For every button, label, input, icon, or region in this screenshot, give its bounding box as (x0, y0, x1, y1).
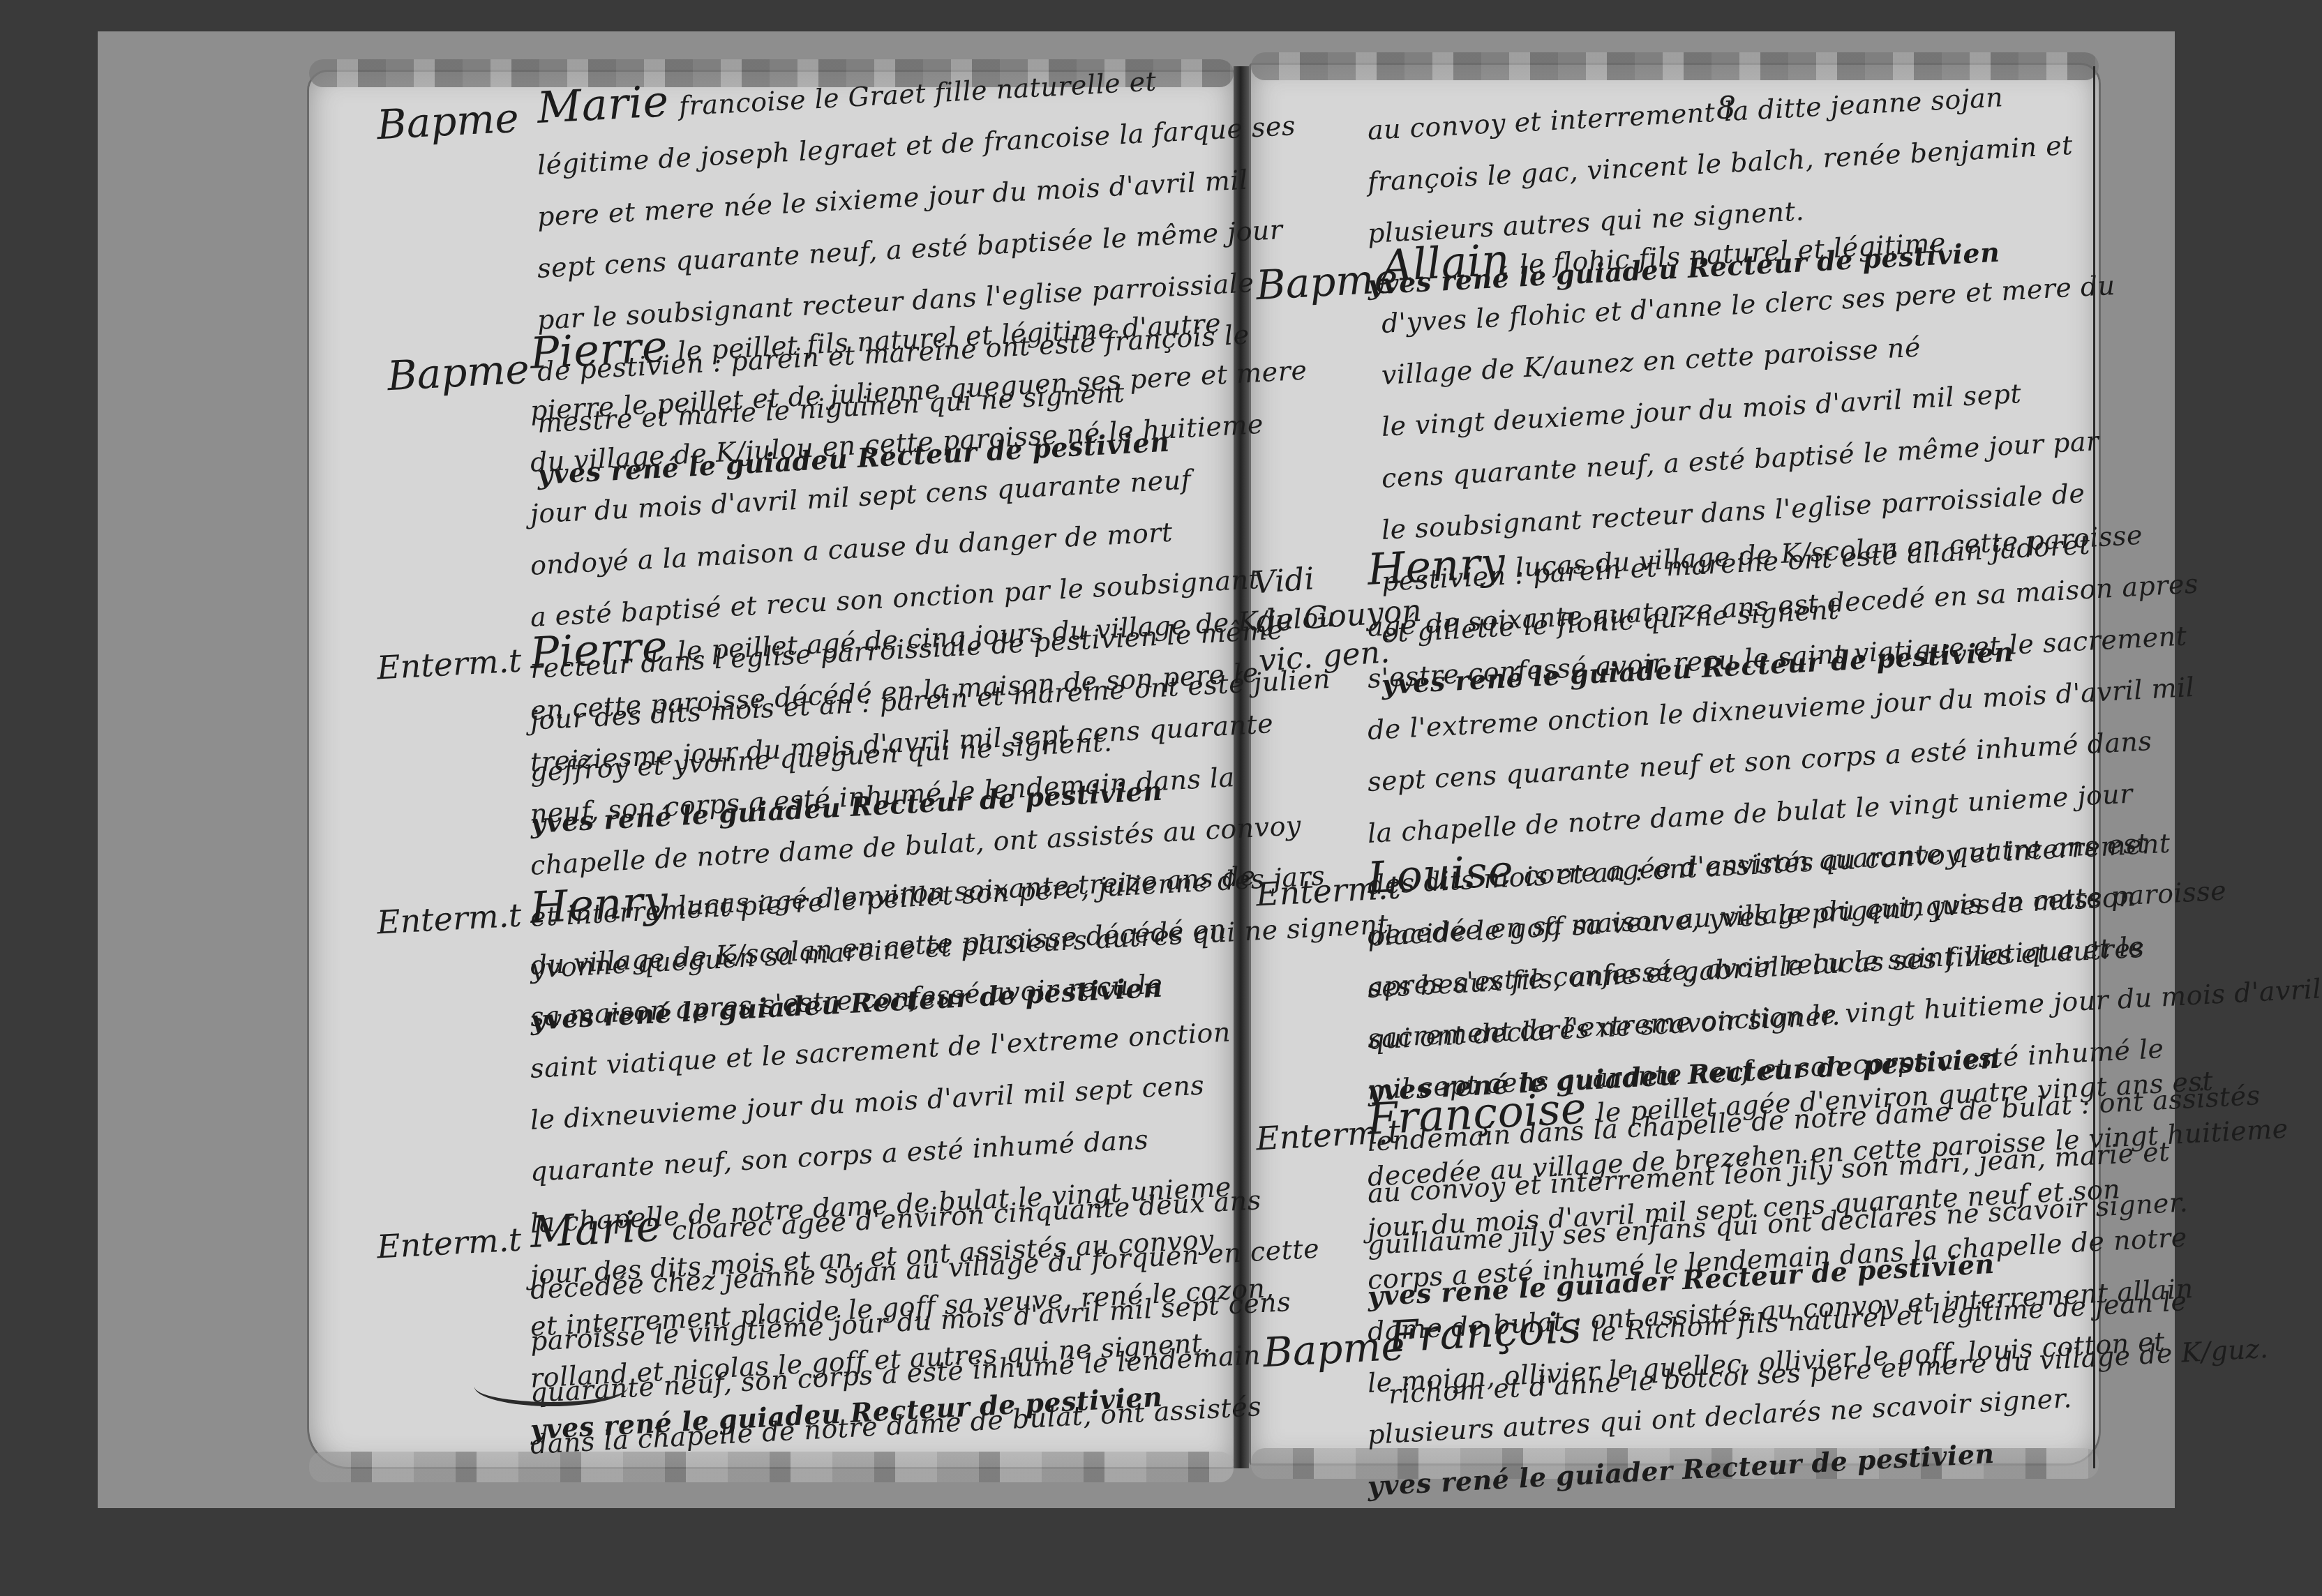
entry-baptism-francois: Françoisle Richom fils naturel et légiti… (1388, 1311, 2270, 1420)
entry-type-label: Bapme (1261, 1322, 1406, 1377)
entry-type-label: Bapme (375, 94, 520, 149)
entry-type-label: Enterm.t (376, 896, 523, 942)
entry-name: Françoise (1366, 1083, 1588, 1145)
entry-name: Louise (1366, 845, 1515, 903)
closing-flourish (474, 1367, 628, 1406)
entry-name: Henry (1366, 537, 1506, 595)
entry-name: Marie (529, 1200, 664, 1258)
entry-type-label: Enterm.t (376, 642, 523, 687)
entry-type-label: Enterm.t (376, 1221, 523, 1266)
entry-name: Henry (529, 875, 669, 933)
entry-name: Marie (536, 75, 671, 133)
entry-type-label: Bapme (1254, 255, 1399, 310)
entry-name: Pierre (529, 321, 669, 379)
entry-type-label: Bapme (386, 345, 530, 400)
entry-burial-marie: Mariecloarec agée d'environ cinquante de… (530, 1207, 1320, 1470)
entry-name: Allain (1380, 234, 1511, 292)
entry-name: François (1387, 1302, 1583, 1362)
entry-name: Pierre (529, 621, 669, 679)
